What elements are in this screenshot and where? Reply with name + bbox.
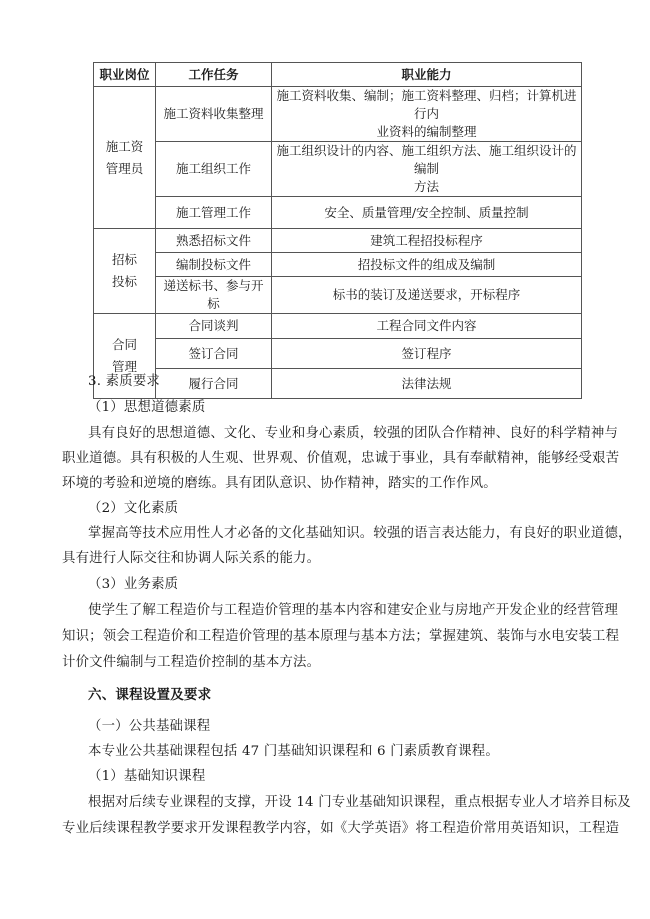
- paragraph-line: 具有良好的思想道德、文化、专业和身心素质，较强的团队合作精神、良好的科学精神与: [88, 425, 618, 443]
- header-position: 职业岗位: [94, 63, 156, 87]
- position-text: 施工资: [106, 139, 144, 154]
- section-heading-quality: 3. 素质要求: [88, 373, 160, 391]
- table-row: 履行合同 法律法规: [94, 369, 582, 399]
- ability-cell: 建筑工程招投标程序: [272, 229, 582, 253]
- paragraph-line: 职业道德。具有积极的人生观、世界观、价值观，忠诚于事业，具有奉献精神，能够经受艰…: [62, 450, 619, 468]
- header-task: 工作任务: [156, 63, 272, 87]
- task-cell: 施工资料收集整理: [156, 87, 272, 142]
- task-cell: 合同谈判: [156, 314, 272, 339]
- task-cell: 熟悉招标文件: [156, 229, 272, 253]
- ability-cell: 标书的装订及递送要求，开标程序: [272, 277, 582, 314]
- ability-cell: 签订程序: [272, 339, 582, 369]
- paragraph-line: 具有进行人际交往和协调人际关系的能力。: [62, 550, 320, 568]
- position-text: 合同: [112, 337, 137, 352]
- position-text: 招标: [112, 252, 137, 267]
- header-ability: 职业能力: [272, 63, 582, 87]
- paragraph-line: 环境的考验和逆境的磨练。具有团队意识、协作精神，踏实的工作作风。: [62, 475, 497, 493]
- chapter-heading-curriculum: 六、课程设置及要求: [88, 686, 211, 704]
- table-row: 施工组织工作 施工组织设计的内容、施工组织方法、施工组织设计的编制 方法: [94, 142, 582, 197]
- paragraph-line: 掌握高等技术应用性人才必备的文化基础知识。较强的语言表达能力，有良好的职业道德，: [88, 525, 632, 543]
- paragraph-line: 计价文件编制与工程造价控制的基本方法。: [62, 654, 320, 672]
- position-text: 投标: [112, 274, 137, 289]
- subheading-public-courses: （一）公共基础课程: [88, 718, 210, 736]
- table-header-row: 职业岗位 工作任务 职业能力: [94, 63, 582, 87]
- subheading-culture: （2）文化素质: [88, 500, 178, 518]
- subheading-moral: （1）思想道德素质: [88, 399, 205, 417]
- task-cell: 施工管理工作: [156, 197, 272, 229]
- paragraph-line: 知识；领会工程造价和工程造价管理的基本原理与基本方法；掌握建筑、装饰与水电安装工…: [62, 628, 619, 646]
- ability-cell: 工程合同文件内容: [272, 314, 582, 339]
- paragraph-line: 使学生了解工程造价与工程造价管理的基本内容和建安企业与房地产开发企业的经营管理: [88, 602, 618, 620]
- table-row: 施工管理工作 安全、质量管理/安全控制、质量控制: [94, 197, 582, 229]
- paragraph-line: 根据对后续专业课程的支撑，开设 14 门专业基础知识课程，重点根据专业人才培养目…: [88, 794, 631, 812]
- ability-cell: 安全、质量管理/安全控制、质量控制: [272, 197, 582, 229]
- table-row: 编制投标文件 招投标文件的组成及编制: [94, 253, 582, 277]
- table-row: 递送标书、参与开标 标书的装订及递送要求，开标程序: [94, 277, 582, 314]
- task-cell: 履行合同: [156, 369, 272, 399]
- task-cell: 签订合同: [156, 339, 272, 369]
- table-row: 招标 投标 熟悉招标文件 建筑工程招投标程序: [94, 229, 582, 253]
- ability-text: 施工资料收集、编制；施工资料整理、归档；计算机进行内: [276, 88, 576, 121]
- ability-text: 方法: [414, 179, 439, 194]
- table-row: 合同 管理 合同谈判 工程合同文件内容: [94, 314, 582, 339]
- ability-cell: 法律法规: [272, 369, 582, 399]
- subheading-basic-courses: （1）基础知识课程: [88, 768, 205, 786]
- table-row: 施工资 管理员 施工资料收集整理 施工资料收集、编制；施工资料整理、归档；计算机…: [94, 87, 582, 142]
- ability-text: 业资料的编制整理: [376, 124, 476, 139]
- task-cell: 施工组织工作: [156, 142, 272, 197]
- position-cell: 施工资 管理员: [94, 87, 156, 229]
- position-text: 管理员: [106, 161, 144, 176]
- ability-cell: 施工资料收集、编制；施工资料整理、归档；计算机进行内 业资料的编制整理: [272, 87, 582, 142]
- task-cell: 编制投标文件: [156, 253, 272, 277]
- position-cell: 招标 投标: [94, 229, 156, 314]
- table-row: 签订合同 签订程序: [94, 339, 582, 369]
- subheading-business: （3）业务素质: [88, 576, 178, 594]
- document-page: 职业岗位 工作任务 职业能力 施工资 管理员 施工资料收集整理 施工资料收集、编…: [0, 0, 650, 919]
- position-text: 管理: [112, 359, 137, 374]
- task-cell: 递送标书、参与开标: [156, 277, 272, 314]
- paragraph-line: 专业后续课程教学要求开发课程教学内容，如《大学英语》将工程造价常用英语知识，工程…: [62, 820, 619, 838]
- ability-cell: 招投标文件的组成及编制: [272, 253, 582, 277]
- ability-cell: 施工组织设计的内容、施工组织方法、施工组织设计的编制 方法: [272, 142, 582, 197]
- paragraph-line: 本专业公共基础课程包括 47 门基础知识课程和 6 门素质教育课程。: [88, 743, 499, 761]
- occupation-ability-table: 职业岗位 工作任务 职业能力 施工资 管理员 施工资料收集整理 施工资料收集、编…: [93, 62, 582, 399]
- ability-text: 施工组织设计的内容、施工组织方法、施工组织设计的编制: [276, 143, 576, 176]
